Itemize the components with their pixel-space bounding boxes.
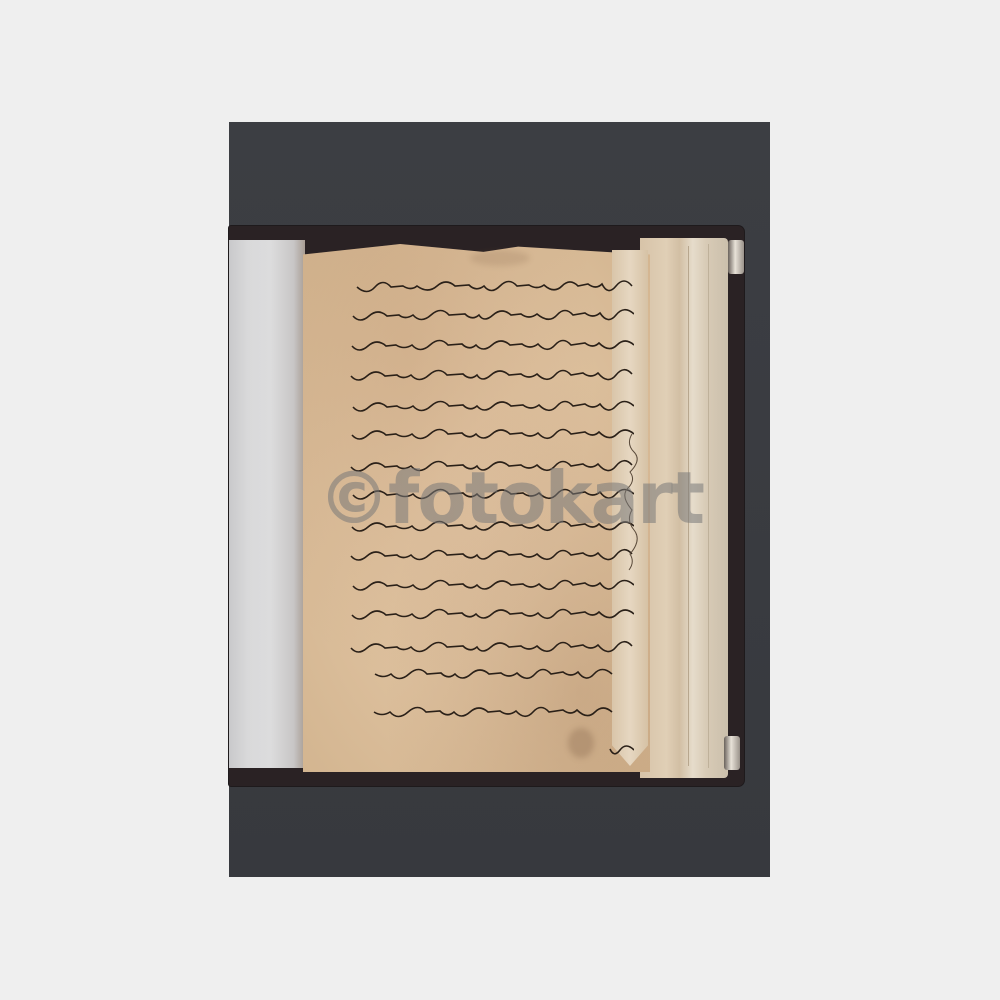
manuscript-line: [312, 328, 634, 358]
manuscript-line: [312, 568, 634, 598]
photo-frame: ©fotokart: [0, 0, 1000, 1000]
manuscript-line: [312, 388, 634, 418]
manuscript-line: [312, 478, 634, 508]
margin-annotation: [620, 430, 642, 590]
page-edges-stack: [640, 238, 728, 778]
manuscript-line: [312, 508, 634, 538]
paper-stain: [470, 250, 530, 266]
manuscript-line: [312, 538, 634, 568]
manuscript-text-block: [312, 268, 634, 764]
manuscript-line: [312, 696, 634, 734]
metal-corner-bottom: [724, 736, 740, 770]
manuscript-line: [312, 268, 634, 298]
manuscript-line: [312, 628, 634, 658]
manuscript-line: [312, 298, 634, 328]
manuscript-line: [312, 598, 634, 628]
manuscript-line-fragment: [312, 734, 634, 764]
manuscript-line: [312, 358, 634, 388]
metal-corner-top: [728, 240, 744, 274]
manuscript-line: [312, 418, 634, 448]
manuscript-line: [312, 448, 634, 478]
left-page-blurred: [229, 240, 305, 768]
manuscript-line: [312, 658, 634, 696]
